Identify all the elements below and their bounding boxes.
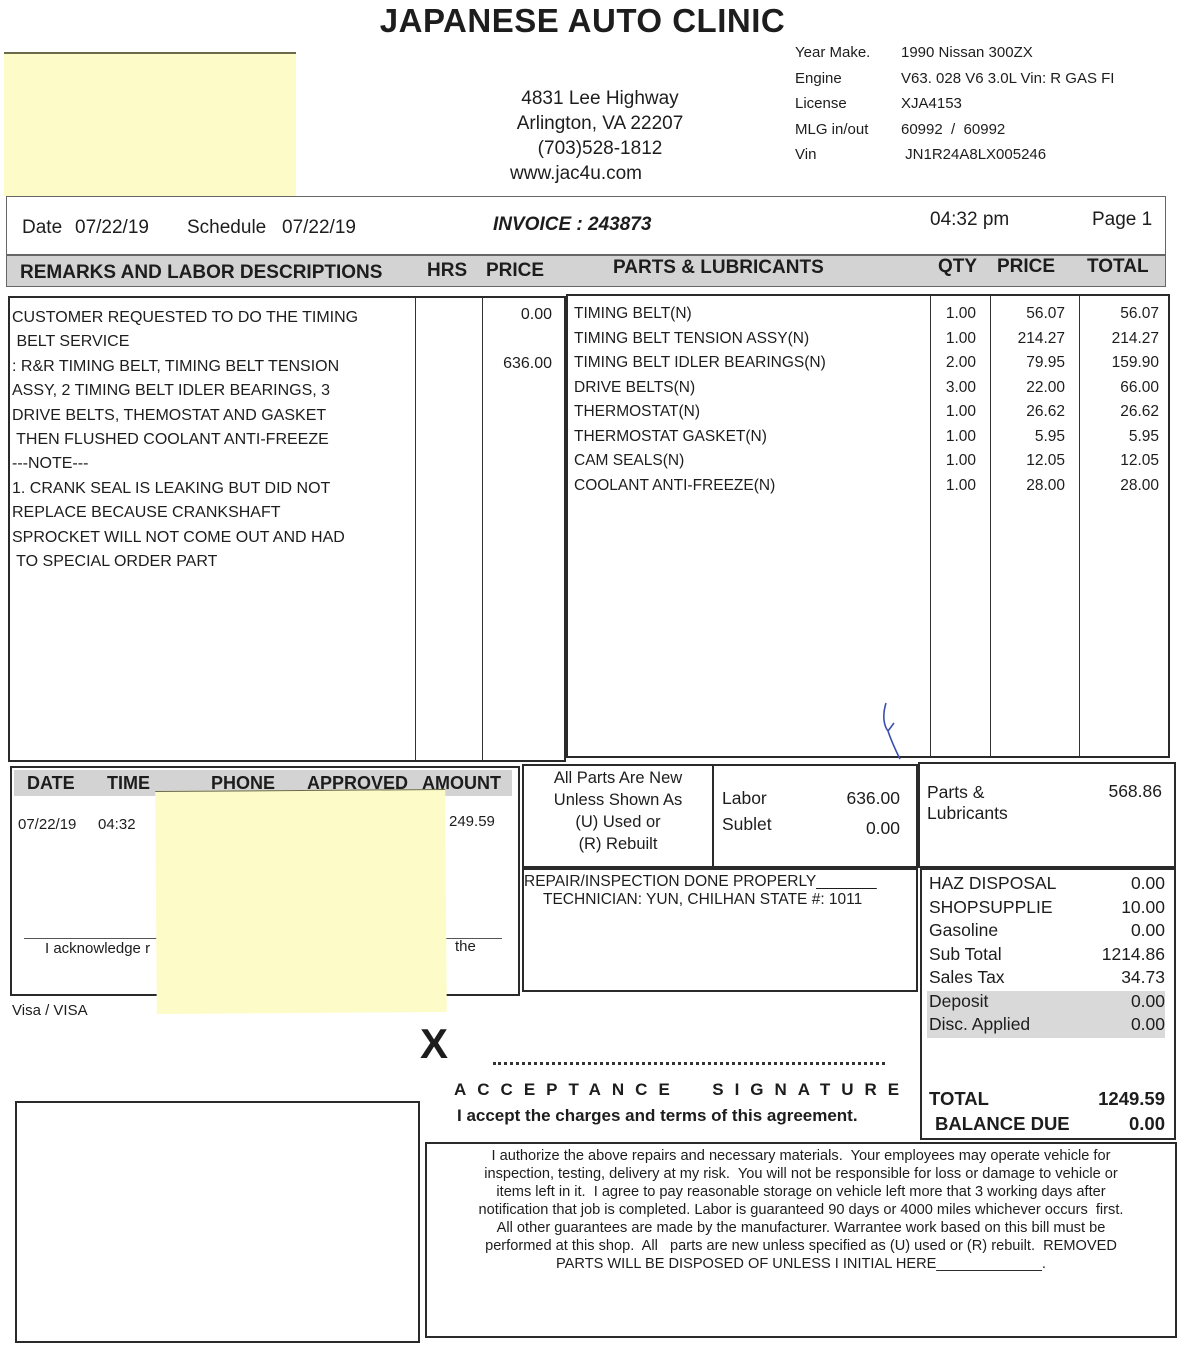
acceptance-agreement: I accept the charges and terms of this a… xyxy=(457,1106,858,1126)
vehicle-row: LicenseXJA4153 xyxy=(795,95,1114,121)
part-price: 214.27 xyxy=(990,330,1065,348)
part-total: 66.00 xyxy=(1079,379,1159,397)
vehicle-value: V63. 028 V6 3.0L Vin: R GAS FI xyxy=(901,70,1114,96)
parts-lubricants-summary: Parts & Lubricants 568.86 xyxy=(918,762,1176,868)
totals-row: HAZ DISPOSAL0.00 xyxy=(929,873,1165,897)
redaction-sticky-note-top xyxy=(4,52,296,196)
totals-value: 34.73 xyxy=(1121,967,1165,991)
part-price: 5.95 xyxy=(990,428,1065,446)
vehicle-value: JN1R24A8LX005246 xyxy=(901,146,1046,172)
part-total: 12.05 xyxy=(1079,452,1159,470)
part-name: DRIVE BELTS(N) xyxy=(574,379,695,397)
vehicle-row: Vin JN1R24A8LX005246 xyxy=(795,146,1114,172)
payment-date: 07/22/19 xyxy=(18,816,76,833)
labor-line: : R&R TIMING BELT, TIMING BELT TENSION xyxy=(12,355,412,379)
parts-row: COOLANT ANTI-FREEZE(N)1.0028.0028.00 xyxy=(568,477,1168,502)
totals-row: Sales Tax34.73 xyxy=(929,967,1165,991)
labor-line: REPLACE BECAUSE CRANKSHAFT xyxy=(12,501,412,525)
part-total: 26.62 xyxy=(1079,403,1159,421)
part-name: COOLANT ANTI-FREEZE(N) xyxy=(574,477,775,495)
labor-line: 1. CRANK SEAL IS LEAKING BUT DID NOT xyxy=(12,477,412,501)
parts-summary-label-line2: Lubricants xyxy=(927,803,1008,823)
parts-row: TIMING BELT(N)1.0056.0756.07 xyxy=(568,305,1168,330)
vehicle-row: EngineV63. 028 V6 3.0L Vin: R GAS FI xyxy=(795,70,1114,96)
labor-sublet-summary: Labor 636.00 Sublet 0.00 xyxy=(712,764,918,868)
part-name: TIMING BELT IDLER BEARINGS(N) xyxy=(574,354,826,372)
address-line1: 4831 Lee Highway xyxy=(470,86,730,111)
legal-line: notification that job is completed. Labo… xyxy=(427,1201,1175,1219)
totals-label: SHOPSUPPLIE xyxy=(929,897,1053,921)
payment-time: 04:32 xyxy=(98,816,136,833)
parts-condition-note: All Parts Are NewUnless Shown As(U) Used… xyxy=(522,764,714,868)
parts-row: DRIVE BELTS(N)3.0022.0066.00 xyxy=(568,379,1168,404)
part-qty: 1.00 xyxy=(930,452,976,470)
part-price: 22.00 xyxy=(990,379,1065,397)
labor-line: DRIVE BELTS, THEMOSTAT AND GASKET xyxy=(12,404,412,428)
parts-list: TIMING BELT(N)1.0056.0756.07TIMING BELT … xyxy=(568,305,1168,515)
vehicle-label: Engine xyxy=(795,70,901,96)
parts-note-line: (U) Used or xyxy=(524,811,712,833)
totals-label: Deposit xyxy=(929,991,988,1015)
grand-total: TOTAL 1249.59 BALANCE DUE 0.00 xyxy=(929,1088,1165,1135)
vehicle-label: Vin xyxy=(795,146,901,172)
legal-line: All other guarantees are made by the man… xyxy=(427,1219,1175,1237)
vehicle-value: XJA4153 xyxy=(901,95,962,121)
payment-method: Visa / VISA xyxy=(12,1002,88,1019)
shop-address: 4831 Lee Highway Arlington, VA 22207 (70… xyxy=(470,86,730,186)
parts-section: TIMING BELT(N)1.0056.0756.07TIMING BELT … xyxy=(566,294,1170,758)
schedule-date: 07/22/19 xyxy=(282,217,356,239)
header-qty: QTY xyxy=(938,256,977,278)
totals-row: Deposit0.00 xyxy=(927,991,1165,1015)
part-price: 26.62 xyxy=(990,403,1065,421)
parts-summary-value: 568.86 xyxy=(1108,781,1162,802)
part-total: 56.07 xyxy=(1079,305,1159,323)
balance-due-value: 0.00 xyxy=(1129,1113,1165,1135)
totals-label: HAZ DISPOSAL xyxy=(929,873,1056,897)
parts-row: TIMING BELT TENSION ASSY(N)1.00214.27214… xyxy=(568,330,1168,355)
totals-label: Gasoline xyxy=(929,920,998,944)
vehicle-row: Year Make.1990 Nissan 300ZX xyxy=(795,44,1114,70)
parts-row: THERMOSTAT(N)1.0026.6226.62 xyxy=(568,403,1168,428)
payment-header-date: DATE xyxy=(27,773,75,794)
part-qty: 1.00 xyxy=(930,330,976,348)
signature-line[interactable] xyxy=(493,1062,885,1065)
header-remarks: REMARKS AND LABOR DESCRIPTIONS xyxy=(20,262,382,284)
totals-label: Sales Tax xyxy=(929,967,1005,991)
inspection-line1: REPAIR/INSPECTION DONE PROPERLY_______ xyxy=(524,873,916,891)
inspection-section: REPAIR/INSPECTION DONE PROPERLY_______ T… xyxy=(522,868,918,992)
part-total: 159.90 xyxy=(1079,354,1159,372)
part-name: TIMING BELT TENSION ASSY(N) xyxy=(574,330,809,348)
part-total: 28.00 xyxy=(1079,477,1159,495)
parts-summary-label-line1: Parts & xyxy=(927,782,984,802)
invoice-number: INVOICE : 243873 xyxy=(493,214,651,236)
parts-note-line: All Parts Are New xyxy=(524,767,712,789)
header-parts-price: PRICE xyxy=(997,256,1055,278)
shop-website: www.jac4u.com xyxy=(470,161,730,186)
column-header-band: REMARKS AND LABOR DESCRIPTIONS HRS PRICE… xyxy=(6,255,1166,287)
part-total: 214.27 xyxy=(1079,330,1159,348)
vehicle-row: MLG in/out60992 / 60992 xyxy=(795,121,1114,147)
part-name: THERMOSTAT GASKET(N) xyxy=(574,428,767,446)
header-hrs: HRS xyxy=(427,260,467,282)
acknowledge-text-start: I acknowledge r xyxy=(45,940,150,957)
acceptance-signature-caption: ACCEPTANCE SIGNATURE xyxy=(454,1080,910,1100)
part-price: 56.07 xyxy=(990,305,1065,323)
labor-label: Labor xyxy=(722,788,767,809)
balance-due-label: BALANCE DUE xyxy=(935,1113,1070,1135)
part-qty: 1.00 xyxy=(930,428,976,446)
labor-line: TO SPECIAL ORDER PART xyxy=(12,550,412,574)
header-total: TOTAL xyxy=(1087,256,1149,278)
schedule-label: Schedule xyxy=(187,217,266,239)
totals-value: 1214.86 xyxy=(1102,944,1165,968)
parts-row: TIMING BELT IDLER BEARINGS(N)2.0079.9515… xyxy=(568,354,1168,379)
vehicle-label: License xyxy=(795,95,901,121)
labor-total: 636.00 xyxy=(846,788,900,809)
legal-line: I authorize the above repairs and necess… xyxy=(427,1147,1175,1165)
payment-header-time: TIME xyxy=(107,773,150,794)
part-price: 79.95 xyxy=(990,354,1065,372)
pen-mark-icon xyxy=(878,701,908,761)
date-label: Date xyxy=(22,217,62,239)
labor-price-2: 636.00 xyxy=(486,355,552,373)
part-name: THERMOSTAT(N) xyxy=(574,403,700,421)
part-qty: 1.00 xyxy=(930,403,976,421)
signature-mark: X xyxy=(420,1020,448,1068)
invoice-time: 04:32 pm xyxy=(930,209,1009,231)
total-label: TOTAL xyxy=(929,1088,989,1113)
part-qty: 1.00 xyxy=(930,477,976,495)
labor-line: SPROCKET WILL NOT COME OUT AND HAD xyxy=(12,526,412,550)
blank-box xyxy=(15,1101,420,1343)
header-price: PRICE xyxy=(486,260,544,282)
technician-line: TECHNICIAN: YUN, CHILHAN STATE #: 1011 xyxy=(524,891,916,909)
vehicle-label: Year Make. xyxy=(795,44,901,70)
invoice-date: 07/22/19 xyxy=(75,217,149,239)
vehicle-value: 1990 Nissan 300ZX xyxy=(901,44,1033,70)
totals-row: Disc. Applied0.00 xyxy=(927,1014,1165,1038)
labor-line: THEN FLUSHED COOLANT ANTI-FREEZE xyxy=(12,428,412,452)
labor-line: CUSTOMER REQUESTED TO DO THE TIMING xyxy=(12,306,412,330)
sublet-label: Sublet xyxy=(722,814,772,835)
labor-line: BELT SERVICE xyxy=(12,330,412,354)
parts-note-line: (R) Rebuilt xyxy=(524,833,712,855)
totals-row: Sub Total1214.86 xyxy=(929,944,1165,968)
legal-line: PARTS WILL BE DISPOSED OF UNLESS I INITI… xyxy=(427,1255,1175,1273)
totals-value: 0.00 xyxy=(1131,920,1165,944)
acknowledge-text-end: the xyxy=(455,938,476,955)
totals-label: Sub Total xyxy=(929,944,1002,968)
invoice-bar: Date 07/22/19 Schedule 07/22/19 INVOICE … xyxy=(6,196,1166,255)
parts-note-line: Unless Shown As xyxy=(524,789,712,811)
header-parts: PARTS & LUBRICANTS xyxy=(613,257,824,279)
labor-price-1: 0.00 xyxy=(486,306,552,324)
parts-summary-label: Parts & Lubricants xyxy=(927,782,1008,824)
part-name: CAM SEALS(N) xyxy=(574,452,684,470)
part-qty: 2.00 xyxy=(930,354,976,372)
sublet-total: 0.00 xyxy=(866,818,900,839)
shop-phone: (703)528-1812 xyxy=(470,136,730,161)
part-total: 5.95 xyxy=(1079,428,1159,446)
labor-description: CUSTOMER REQUESTED TO DO THE TIMING BELT… xyxy=(12,306,412,574)
vehicle-value: 60992 / 60992 xyxy=(901,121,1005,147)
labor-section: CUSTOMER REQUESTED TO DO THE TIMING BELT… xyxy=(8,296,566,762)
legal-terms: I authorize the above repairs and necess… xyxy=(425,1142,1177,1338)
part-price: 28.00 xyxy=(990,477,1065,495)
address-line2: Arlington, VA 22207 xyxy=(470,111,730,136)
totals-value: 0.00 xyxy=(1131,1014,1165,1038)
totals-label: Disc. Applied xyxy=(929,1014,1030,1038)
shop-name: JAPANESE AUTO CLINIC xyxy=(0,2,1165,40)
totals-row: SHOPSUPPLIE10.00 xyxy=(929,897,1165,921)
legal-line: performed at this shop. All parts are ne… xyxy=(427,1237,1175,1255)
part-qty: 3.00 xyxy=(930,379,976,397)
legal-line: inspection, testing, delivery at my risk… xyxy=(427,1165,1175,1183)
vehicle-info: Year Make.1990 Nissan 300ZXEngineV63. 02… xyxy=(795,44,1114,172)
inspection-text: REPAIR/INSPECTION DONE PROPERLY_______ T… xyxy=(524,873,916,909)
labor-line: ASSY, 2 TIMING BELT IDLER BEARINGS, 3 xyxy=(12,379,412,403)
page-number: Page 1 xyxy=(1092,209,1152,231)
totals-value: 0.00 xyxy=(1131,873,1165,897)
legal-line: items left in it. I agree to pay reasona… xyxy=(427,1183,1175,1201)
part-qty: 1.00 xyxy=(930,305,976,323)
part-name: TIMING BELT(N) xyxy=(574,305,692,323)
parts-row: CAM SEALS(N)1.0012.0512.05 xyxy=(568,452,1168,477)
part-price: 12.05 xyxy=(990,452,1065,470)
labor-line: ---NOTE--- xyxy=(12,452,412,476)
totals-value: 0.00 xyxy=(1131,991,1165,1015)
totals-row: Gasoline0.00 xyxy=(929,920,1165,944)
totals-value: 10.00 xyxy=(1121,897,1165,921)
totals-section: HAZ DISPOSAL0.00SHOPSUPPLIE10.00Gasoline… xyxy=(920,868,1176,1140)
vehicle-label: MLG in/out xyxy=(795,121,901,147)
payment-amount: 249.59 xyxy=(449,813,495,830)
redaction-sticky-note-payment xyxy=(155,789,447,1014)
total-value: 1249.59 xyxy=(1098,1088,1165,1113)
parts-row: THERMOSTAT GASKET(N)1.005.955.95 xyxy=(568,428,1168,453)
